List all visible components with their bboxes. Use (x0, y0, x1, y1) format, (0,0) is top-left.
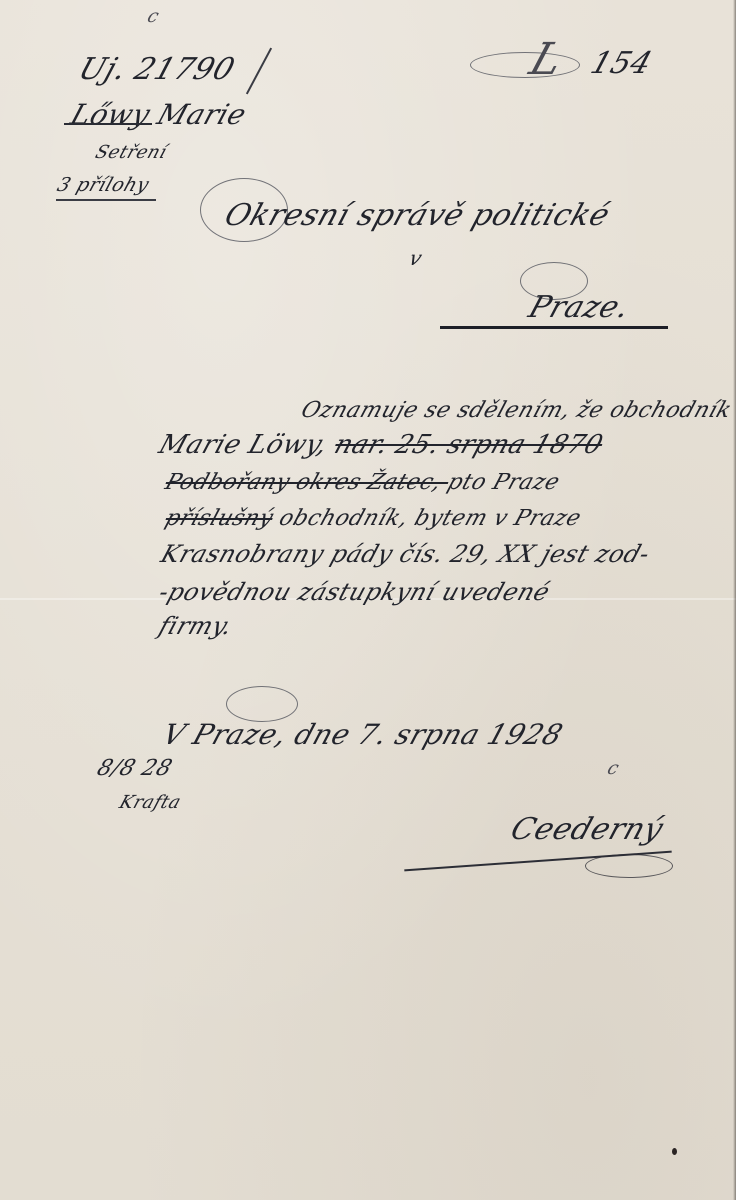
reference-mark: c (145, 6, 162, 27)
correspondent-name: Lőwy Marie (67, 98, 251, 131)
signature: Ceederný (506, 812, 667, 847)
addressee-line-1: Okresní správě politické (220, 198, 614, 233)
body-line-7: firmy. (155, 612, 236, 640)
body-line-2-name: Marie Löwy, (155, 430, 340, 460)
body-line-1: Oznamuje se sdělením, že obchodník (298, 398, 735, 423)
sheet-number: 154 (586, 46, 656, 81)
margin-note-date: 8/8 28 (94, 756, 176, 781)
body-line-3: Podbořany okres Žatec, pto Praze (162, 470, 563, 495)
attachments-underline (56, 199, 156, 201)
signature-mark: c (605, 758, 622, 779)
margin-note-initials: Krafta (117, 792, 184, 813)
document-page: c Uj. 21790 Lőwy Marie Setření 3 přílohy… (0, 0, 736, 1200)
name-strike (64, 123, 152, 125)
addressee-line-2: v (406, 246, 426, 270)
dateline: V Praze, dne 7. srpna 1928 (159, 718, 568, 751)
file-number: Uj. 21790 (74, 52, 239, 87)
body-line-4-struck: příslušný (162, 506, 277, 531)
body-line-3-suffix: pto Praze (444, 470, 563, 495)
signature-flourish (585, 854, 673, 878)
ink-speck (672, 1148, 677, 1155)
addressee-underline (440, 326, 668, 329)
addressee-city: Praze. (524, 290, 634, 325)
case-note: Setření (93, 142, 170, 163)
body-line-3-struck: Podbořany okres Žatec, (162, 470, 452, 495)
sheet-flourish (470, 52, 580, 78)
attachments-note: 3 přílohy (54, 174, 152, 196)
body-line-2-struck: nar. 25. srpna 1870 (331, 430, 607, 460)
body-line-2: Marie Löwy, nar. 25. srpna 1870 (155, 430, 607, 460)
body-line-5: Krasnobrany pády čís. 29, XX jest zod- (157, 540, 653, 568)
dateline-flourish (226, 686, 298, 722)
body-line-6: -povědnou zástupkyní uvedené (155, 578, 553, 606)
file-number-slash (246, 48, 272, 95)
body-line-4: příslušný obchodník, bytem v Praze (162, 506, 585, 531)
body-line-4-suffix: obchodník, bytem v Praze (268, 506, 584, 531)
